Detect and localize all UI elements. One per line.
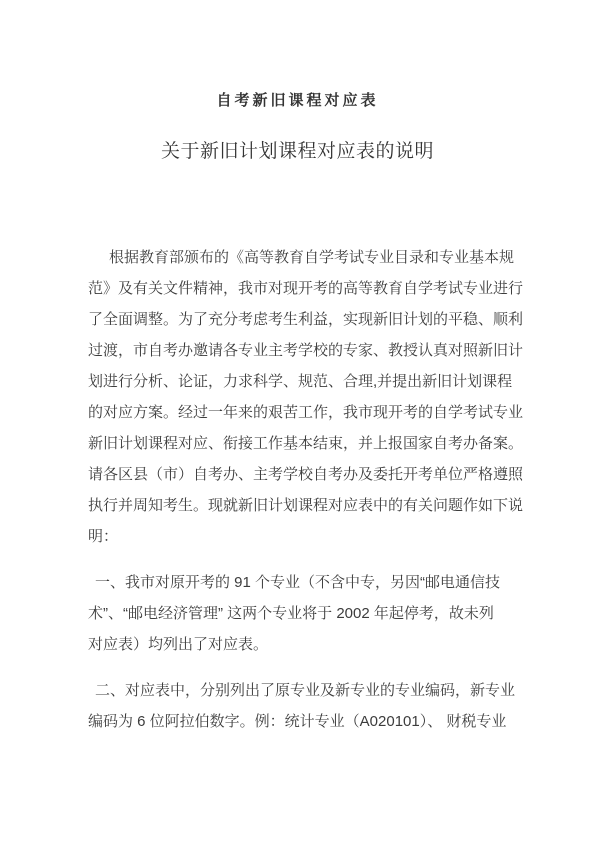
document-title: 自考新旧课程对应表	[0, 93, 595, 108]
document-body: 根据教育部颁布的《高等教育自学考试专业目录和专业基本规 范》及有关文件精神，我市…	[0, 242, 595, 737]
document-page: 自考新旧课程对应表 关于新旧计划课程对应表的说明 根据教育部颁布的《高等教育自学…	[0, 0, 595, 841]
paragraph-item-1: 一、我市对原开考的 91 个专业（不含中专，另因“邮电通信技 术”、“邮电经济管…	[88, 567, 525, 660]
paragraph-intro: 根据教育部颁布的《高等教育自学考试专业目录和专业基本规 范》及有关文件精神，我市…	[88, 242, 525, 552]
paragraph-item-2: 二、对应表中，分别列出了原专业及新专业的专业编码，新专业 编码为 6 位阿拉伯数…	[88, 675, 525, 737]
section-heading: 关于新旧计划课程对应表的说明	[0, 142, 595, 161]
